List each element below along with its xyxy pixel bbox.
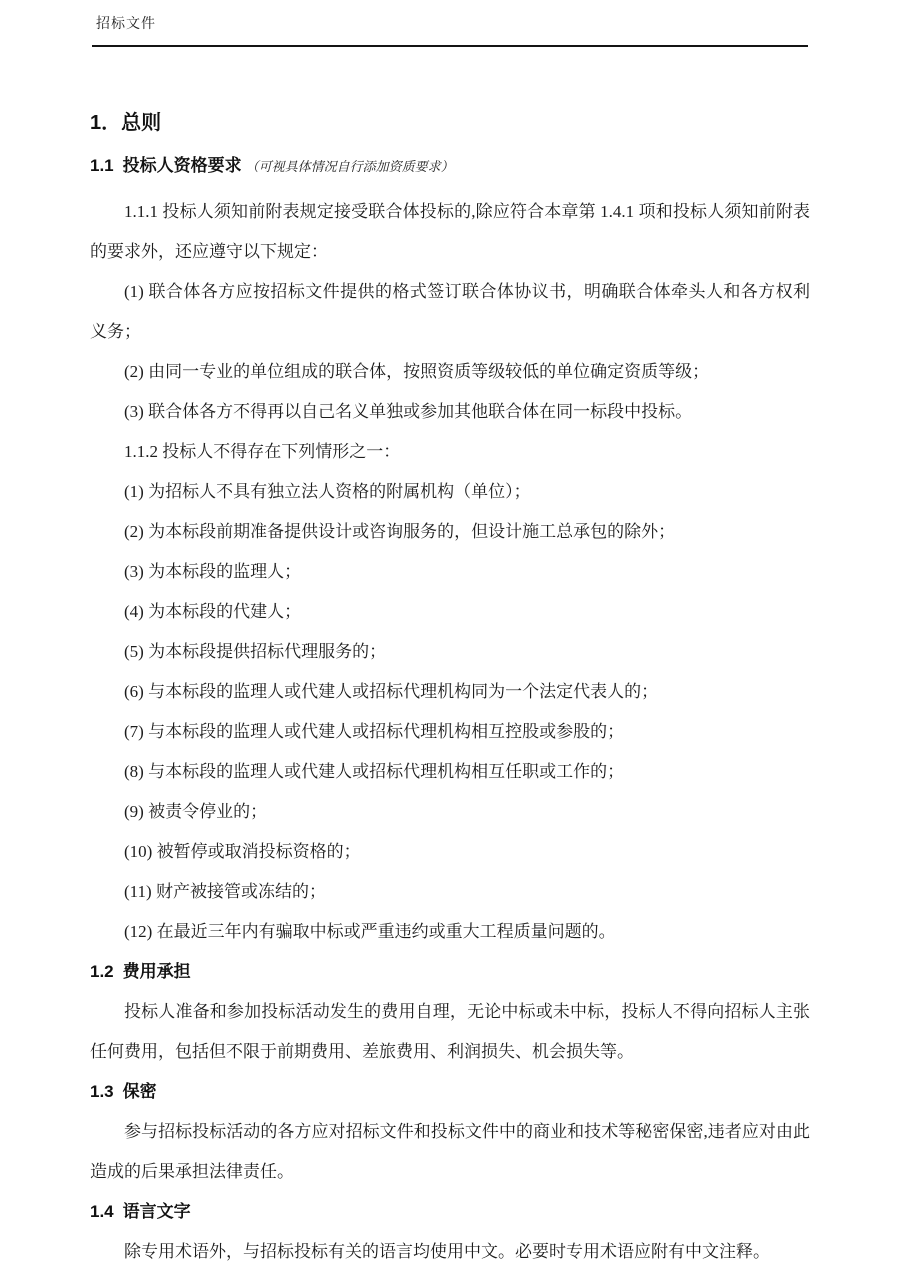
doc-paragraph: (7) 与本标段的监理人或代建人或招标代理机构相互控股或参股的； bbox=[90, 712, 810, 752]
doc-paragraph: (11) 财产被接管或冻结的； bbox=[90, 872, 810, 912]
section-number: 1.3 bbox=[90, 1082, 114, 1101]
doc-paragraph: 投标人准备和参加投标活动发生的费用自理，无论中标或未中标，投标人不得向招标人主张… bbox=[90, 992, 810, 1072]
section-heading-1-3: 1.3保密 bbox=[90, 1072, 810, 1112]
doc-paragraph: (12) 在最近三年内有骗取中标或严重违约或重大工程质量问题的。 bbox=[90, 912, 810, 952]
section-title: 保密 bbox=[123, 1082, 157, 1101]
doc-paragraph: 1.1.2 投标人不得存在下列情形之一： bbox=[90, 432, 810, 472]
page-header-title: 招标文件 bbox=[90, 16, 810, 34]
section-number: 1.4 bbox=[90, 1202, 114, 1221]
section-heading-1-1: 1.1投标人资格要求（可视具体情况自行添加资质要求） bbox=[90, 153, 810, 180]
doc-paragraph: (1) 为招标人不具有独立法人资格的附属机构（单位）； bbox=[90, 472, 810, 512]
doc-paragraph: (9) 被责令停业的； bbox=[90, 792, 810, 832]
doc-paragraph: (5) 为本标段提供招标代理服务的； bbox=[90, 632, 810, 672]
doc-paragraph: (10) 被暂停或取消投标资格的； bbox=[90, 832, 810, 872]
section-title: 费用承担 bbox=[123, 962, 191, 981]
doc-paragraph: 参与招标投标活动的各方应对招标文件和投标文件中的商业和技术等秘密保密,违者应对由… bbox=[90, 1112, 810, 1192]
header-divider bbox=[92, 45, 808, 47]
section-heading-1-2: 1.2费用承担 bbox=[90, 952, 810, 992]
section-title: 语言文字 bbox=[123, 1202, 191, 1221]
doc-paragraph: (1) 联合体各方应按招标文件提供的格式签订联合体协议书，明确联合体牵头人和各方… bbox=[90, 272, 810, 352]
doc-paragraph: (8) 与本标段的监理人或代建人或招标代理机构相互任职或工作的； bbox=[90, 752, 810, 792]
chapter-title: 1．总则 bbox=[90, 109, 810, 137]
section-number: 1.1 bbox=[90, 156, 114, 175]
doc-paragraph: 1.1.1 投标人须知前附表规定接受联合体投标的,除应符合本章第 1.4.1 项… bbox=[90, 192, 810, 272]
doc-paragraph: (2) 由同一专业的单位组成的联合体，按照资质等级较低的单位确定资质等级； bbox=[90, 352, 810, 392]
section-note: （可视具体情况自行添加资质要求） bbox=[246, 159, 454, 174]
section-number: 1.2 bbox=[90, 962, 114, 981]
doc-paragraph: (6) 与本标段的监理人或代建人或招标代理机构同为一个法定代表人的； bbox=[90, 672, 810, 712]
doc-paragraph: (4) 为本标段的代建人； bbox=[90, 592, 810, 632]
document-page: 招标文件 1．总则 1.1投标人资格要求（可视具体情况自行添加资质要求） 1.1… bbox=[0, 0, 900, 1273]
doc-paragraph: 除专用术语外，与招标投标有关的语言均使用中文。必要时专用术语应附有中文注释。 bbox=[90, 1232, 810, 1272]
doc-paragraph: (3) 为本标段的监理人； bbox=[90, 552, 810, 592]
document-body: 1.1.1 投标人须知前附表规定接受联合体投标的,除应符合本章第 1.4.1 项… bbox=[90, 192, 810, 1272]
doc-paragraph: (2) 为本标段前期准备提供设计或咨询服务的，但设计施工总承包的除外； bbox=[90, 512, 810, 552]
doc-paragraph: (3) 联合体各方不得再以自己名义单独或参加其他联合体在同一标段中投标。 bbox=[90, 392, 810, 432]
section-heading-1-4: 1.4语言文字 bbox=[90, 1192, 810, 1232]
section-title: 投标人资格要求 bbox=[123, 156, 242, 175]
